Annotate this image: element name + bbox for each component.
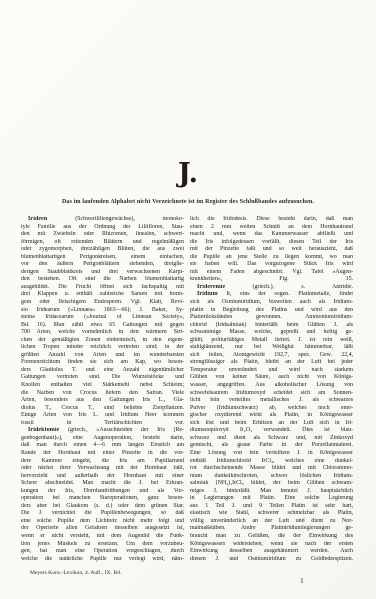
text-line: licht fein verteiltes metallisches J. al… — [190, 397, 353, 405]
text-line: größten Anzahl von Arten und im wunderba… — [21, 352, 184, 360]
right-column: lich die Iridodesis. Diese besteht darin… — [190, 216, 353, 563]
text-line: Iridium Ir, eins der sogen. Platinmetall… — [190, 291, 353, 299]
text-line: daß man durch einen 4—6 mm langen Einsti… — [21, 442, 184, 450]
text-line: Bd. 16). Man zählt etwa 65 Gattungen mit… — [21, 322, 184, 330]
text-line: Platinrückständen gewonnen. Ammoniumirid… — [190, 314, 353, 322]
text-line: die Pupille an jene Stelle zu liegen kom… — [190, 254, 353, 262]
text-line: Königswassers widerstehen, wenn sie nach… — [190, 541, 353, 549]
text-line: lichen Tropen minder reichlich vertreten… — [21, 344, 184, 352]
section-letter-heading: J. — [0, 158, 376, 189]
text-line: Die J. vernichtet die Pupillenbewegungen… — [21, 510, 184, 518]
text-line: stahlglänzend, nur bei Weißglut hämmerba… — [190, 344, 353, 352]
text-line: diolus T., Crocus T., sind beliebte Zier… — [21, 405, 184, 413]
text-line: gemischt, als graue Farbe in der Porzell… — [190, 442, 353, 450]
text-line: förmigen, oft reitenden Blättern und reg… — [21, 239, 184, 247]
text-line: einen 2 mm weiten Schnitt an dem Hornhau… — [190, 224, 353, 232]
text-line: kungen der Iris, Hornhauttrübungen und a… — [21, 488, 184, 496]
text-line: Temperatur unverändert und wird nach sta… — [190, 367, 353, 375]
text-line: malmaßstäben. Andre Platiniridiumlegieru… — [190, 525, 353, 533]
text-line: mit der Pinzette faßt und so weit heraus… — [190, 246, 353, 254]
text-line: salmiak (NH₄)₂IrCl₆ bildet, der beim Glü… — [190, 480, 353, 488]
entry-headword: Irideen — [28, 216, 47, 222]
text-line: mit einem Faden abgeschnürt. Vgl. Tafel … — [190, 269, 353, 277]
text-line: chlorid (Iridsalmiak) hinterläßt beim Gl… — [190, 322, 353, 330]
text-line: rot durchscheinende Masse bildet und mit… — [190, 465, 353, 473]
text-line: den bestehen. Oft sind die Narben blumen… — [21, 276, 184, 284]
volume-imprint: Meyers Konv.-Lexikon, 4. Aufl., IX. Bd. — [30, 570, 121, 576]
text-line: genbogenhaut]«), eine Augenoperation, be… — [21, 435, 184, 443]
text-line: ausgebildet. Die Frucht öffnet sich fach… — [21, 284, 184, 292]
entry-headword: Irideremie — [197, 284, 225, 290]
text-line: hervorzieht und außerhalb der Hornhaut m… — [21, 473, 184, 481]
text-line: Irideen (Schwertliliengewächse), monoko- — [21, 216, 184, 224]
text-line: sie haben will. Das vorgezogene Stück Ir… — [190, 261, 353, 269]
text-line: sich löst und beim Erhitzen an der Luft … — [190, 420, 353, 428]
text-line: derigen Staubblattkreis und drei verwach… — [21, 269, 184, 277]
text-line: sich als Osmiumiridium, bisweilen auch a… — [190, 299, 353, 307]
text-line: völlig unveränderlich an der Luft und di… — [190, 518, 353, 526]
text-line: diumsesquioxyd Ir₂O₃ verwandelt. Dies is… — [190, 427, 353, 435]
left-column: Irideen (Schwertliliengewächse), monoko-… — [21, 216, 184, 563]
text-line: sich feilen, Atomgewicht 192,7, spez. Ge… — [190, 352, 353, 360]
text-line: dienen J. und Osmiumiridium zu Goldfeder… — [190, 556, 353, 564]
text-line: die Narben von Crocus liefern den Safran… — [21, 390, 184, 398]
text-line: eine solche Pupille dem Lichtreiz nicht … — [21, 518, 184, 526]
text-line: platin in Begleitung des Platins und wir… — [190, 307, 353, 315]
text-line: fossil in Tertiärschichten vor. — [21, 420, 184, 428]
lexicon-scanned-page: J. Das im laufenden Alphabet nicht Verze… — [0, 0, 376, 599]
text-line: Arten, besonders aus den Gattungen Iris … — [21, 397, 184, 405]
text-line: sio Iridearum (»Linnaea« 1863—66); J. Ba… — [21, 307, 184, 315]
two-column-text-block: Irideen (Schwertliliengewächse), monoko-… — [21, 216, 354, 563]
text-line: glüht, politurfähiges Metall liefert. J.… — [190, 337, 353, 345]
text-line: schwammige Masse, welche, gepreßt und he… — [190, 329, 353, 337]
entry-headword: Iridektomie — [28, 427, 59, 433]
text-line: strengflüssiger als Platin, bleibt an de… — [190, 359, 353, 367]
text-line: vor den äußern Perigonblättern stehenden… — [21, 261, 184, 269]
text-line: tion jenes Muskels zu ersetzen. Um dem v… — [21, 541, 184, 549]
text-line: oder zygomorphen, dreizähligen Blüten, d… — [21, 246, 184, 254]
text-line: ders aber bei Glaukom (s. d.) oder dem g… — [21, 503, 184, 511]
text-line: 700 Arten, welche vornehmlich in den wär… — [21, 329, 184, 337]
text-line: Formenreichtum finden sie sich am Kap, w… — [21, 359, 184, 367]
text-line: Einige Arten von Iris L. und Iridium Hee… — [21, 412, 184, 420]
text-line: drei Klappen u. enthält zahlreiche Samen… — [21, 291, 184, 299]
alphabet-register-note: Das im laufenden Alphabet nicht Verzeich… — [0, 199, 376, 205]
page-number: 1 — [300, 576, 304, 585]
text-line: gischer oxydierend wirkt als Platin, in … — [190, 412, 353, 420]
text-line: chen der gemäßigten Zonen einheimisch, i… — [21, 337, 184, 345]
text-line: Eine Lösung von fein verteiltem J. in Kö… — [190, 450, 353, 458]
text-line: Einwirkung desselben ausgehämmert werden… — [190, 548, 353, 556]
text-line: gem oder fleischigem Endosperm. Vgl. Kla… — [21, 299, 184, 307]
text-line: schwefelsaurem Iridiumoxyd scheidet sich… — [190, 390, 353, 398]
text-line: miges J. hinterläßt. Man benutzt J. haup… — [190, 488, 353, 496]
text-line: stema Iridacearum (»Journal of Linnean S… — [21, 314, 184, 322]
text-line: schwarz und dient als Schwarz und, mit Z… — [190, 435, 353, 443]
text-line: den mit Zwiebeln oder Rhizomen, linealen… — [21, 231, 184, 239]
text-line: elastisch wie Stahl, schwerer schmelzbar… — [190, 510, 353, 518]
text-line: in Legierungen mit Platin. Eine solche L… — [190, 495, 353, 503]
text-line: Iridektomie (griech., »Ausschneiden der … — [21, 427, 184, 435]
text-line: dere Kammer eingeht, die Iris am Pupilla… — [21, 458, 184, 466]
text-line: Knollen enthalten viel Stärkemehl nebst … — [21, 382, 184, 390]
text-line: krankheiten«, Fig. 15. — [190, 276, 353, 284]
text-line: Rande der Hornhaut mit einer Pinzette in… — [21, 450, 184, 458]
text-line: operation bei manchen Staroperationen, g… — [21, 495, 184, 503]
text-line: nium dunkelkirschroten, schwer löslichen… — [190, 473, 353, 481]
text-line: aus 1 Teil J. und 9 Teilen Platin ist se… — [190, 503, 353, 511]
text-line: lich die Iridodesis. Diese besteht darin… — [190, 216, 353, 224]
text-line: ders Gladiolus T. und eine Anzahl eigent… — [21, 367, 184, 375]
text-line: braucht man zu Gefäßen, die der Einwirku… — [190, 533, 353, 541]
entry-headword: Iridium — [197, 291, 218, 297]
text-line: gen, hat man eine Operation vorgeschlage… — [21, 548, 184, 556]
text-line: wasser, angegriffen. Aus alkoholischer L… — [190, 382, 353, 390]
text-line: welche die natürliche Pupille nur verleg… — [21, 556, 184, 564]
text-line: enthält Iridiumchlorid IrCl₄, welches ei… — [190, 458, 353, 466]
text-line: Glühen von keiner Säure, auch nicht von … — [190, 374, 353, 382]
text-line: der Operierte allen Gefahren desselben a… — [21, 525, 184, 533]
text-line: die Iris infolgedessen vorfällt, diesen … — [190, 239, 353, 247]
text-line: Gattungen vertreten sind. Die Wurzelstöc… — [21, 374, 184, 382]
text-line: Pulver (Iridiumschwarz) ab, welches noch… — [190, 405, 353, 413]
text-line: wenn er nicht versteht, mit dem Augenlid… — [21, 533, 184, 541]
text-line: blumenblattartigen Perigonkreisen, einem… — [21, 254, 184, 262]
text-line: Schere abschneidet. Man macht die J. bei… — [21, 480, 184, 488]
text-line: tyle Familie aus der Ordnung der Liliifl… — [21, 224, 184, 232]
text-line: oder nächst ihrer Verwachsung mit der Ho… — [21, 465, 184, 473]
text-line: macht und, wenn das Kammerwasser abfließ… — [190, 231, 353, 239]
text-line: Irideremie (griech.), s. Aniridie. — [190, 284, 353, 292]
